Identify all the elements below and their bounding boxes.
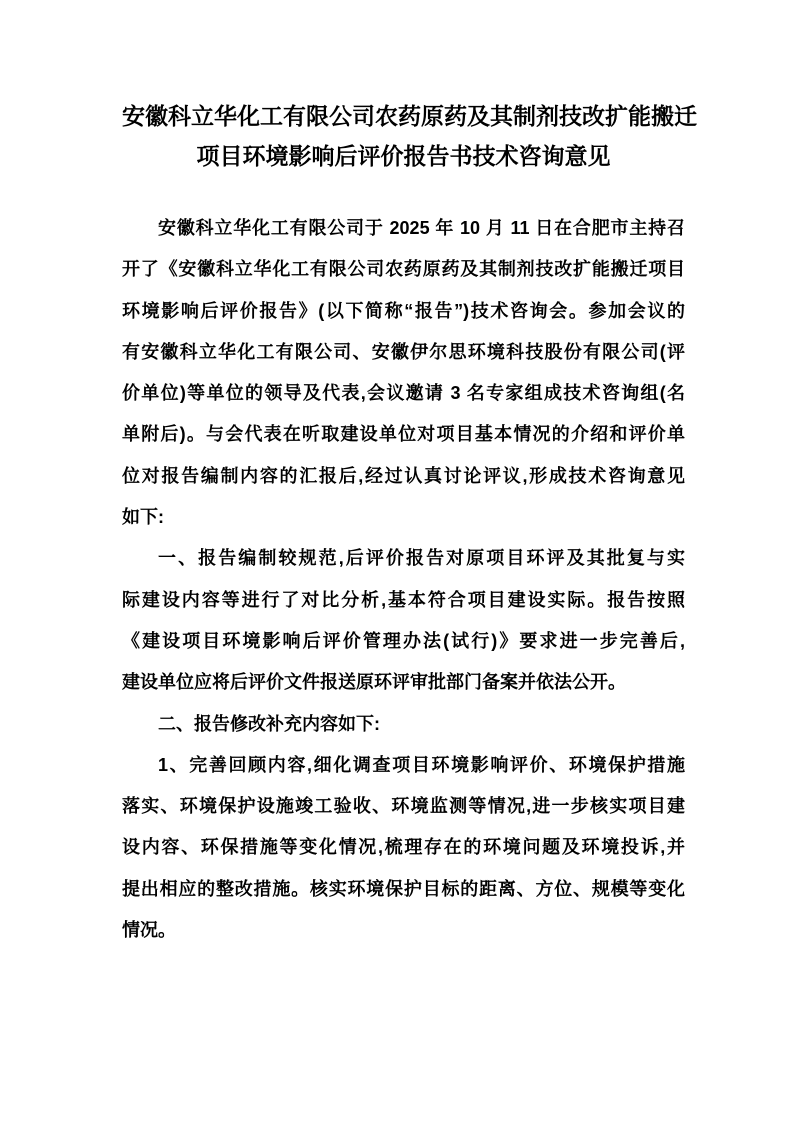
doc-line: 环境影响后评价报告》(以下简称“报告”)技术咨询会。参加会议的 [122,291,685,332]
document-body: 安徽科立华化工有限公司于 2025 年 10 月 11 日在合肥市主持召 开了《… [122,208,685,951]
document-title: 安徽科立华化工有限公司农药原药及其制剂技改扩能搬迁 项目环境影响后评价报告书技术… [122,96,685,176]
doc-line: 提出相应的整改措施。核实环境保护目标的距离、方位、规模等变化 [122,869,685,910]
doc-line: 安徽科立华化工有限公司于 2025 年 10 月 11 日在合肥市主持召 [122,208,685,249]
doc-line: 价单位)等单位的领导及代表,会议邀请 3 名专家组成技术咨询组(名 [122,373,685,414]
doc-line: 一、报告编制较规范,后评价报告对原项目环评及其批复与实 [122,538,685,579]
doc-line: 设内容、环保措施等变化情况,梳理存在的环境问题及环境投诉,并 [122,827,685,868]
doc-line: 《建设项目环境影响后评价管理办法(试行)》要求进一步完善后, [122,621,685,662]
paragraph-item-one: 一、报告编制较规范,后评价报告对原项目环评及其批复与实 际建设内容等进行了对比分… [122,538,685,703]
paragraph-intro: 安徽科立华化工有限公司于 2025 年 10 月 11 日在合肥市主持召 开了《… [122,208,685,538]
doc-line: 如下: [122,497,685,538]
paragraph-item-two-heading: 二、报告修改补充内容如下: [122,704,685,745]
document-page: 安徽科立华化工有限公司农药原药及其制剂技改扩能搬迁 项目环境影响后评价报告书技术… [0,0,793,1122]
doc-line: 建设单位应将后评价文件报送原环评审批部门备案并依法公开。 [122,662,685,703]
doc-line: 单附后)。与会代表在听取建设单位对项目基本情况的介绍和评价单 [122,414,685,455]
doc-line: 有安徽科立华化工有限公司、安徽伊尔思环境科技股份有限公司(评 [122,332,685,373]
doc-line: 落实、环境保护设施竣工验收、环境监测等情况,进一步核实项目建 [122,786,685,827]
doc-line: 际建设内容等进行了对比分析,基本符合项目建设实际。报告按照 [122,580,685,621]
doc-line: 开了《安徽科立华化工有限公司农药原药及其制剂技改扩能搬迁项目 [122,249,685,290]
document-title-line-2: 项目环境影响后评价报告书技术咨询意见 [122,136,685,176]
paragraph-item-two-point-one: 1、完善回顾内容,细化调查项目环境影响评价、环境保护措施 落实、环境保护设施竣工… [122,745,685,951]
doc-line: 情况。 [122,910,685,951]
doc-line: 1、完善回顾内容,细化调查项目环境影响评价、环境保护措施 [122,745,685,786]
doc-line: 二、报告修改补充内容如下: [122,704,685,745]
doc-line: 位对报告编制内容的汇报后,经过认真讨论评议,形成技术咨询意见 [122,456,685,497]
document-title-line-1: 安徽科立华化工有限公司农药原药及其制剂技改扩能搬迁 [122,96,685,136]
